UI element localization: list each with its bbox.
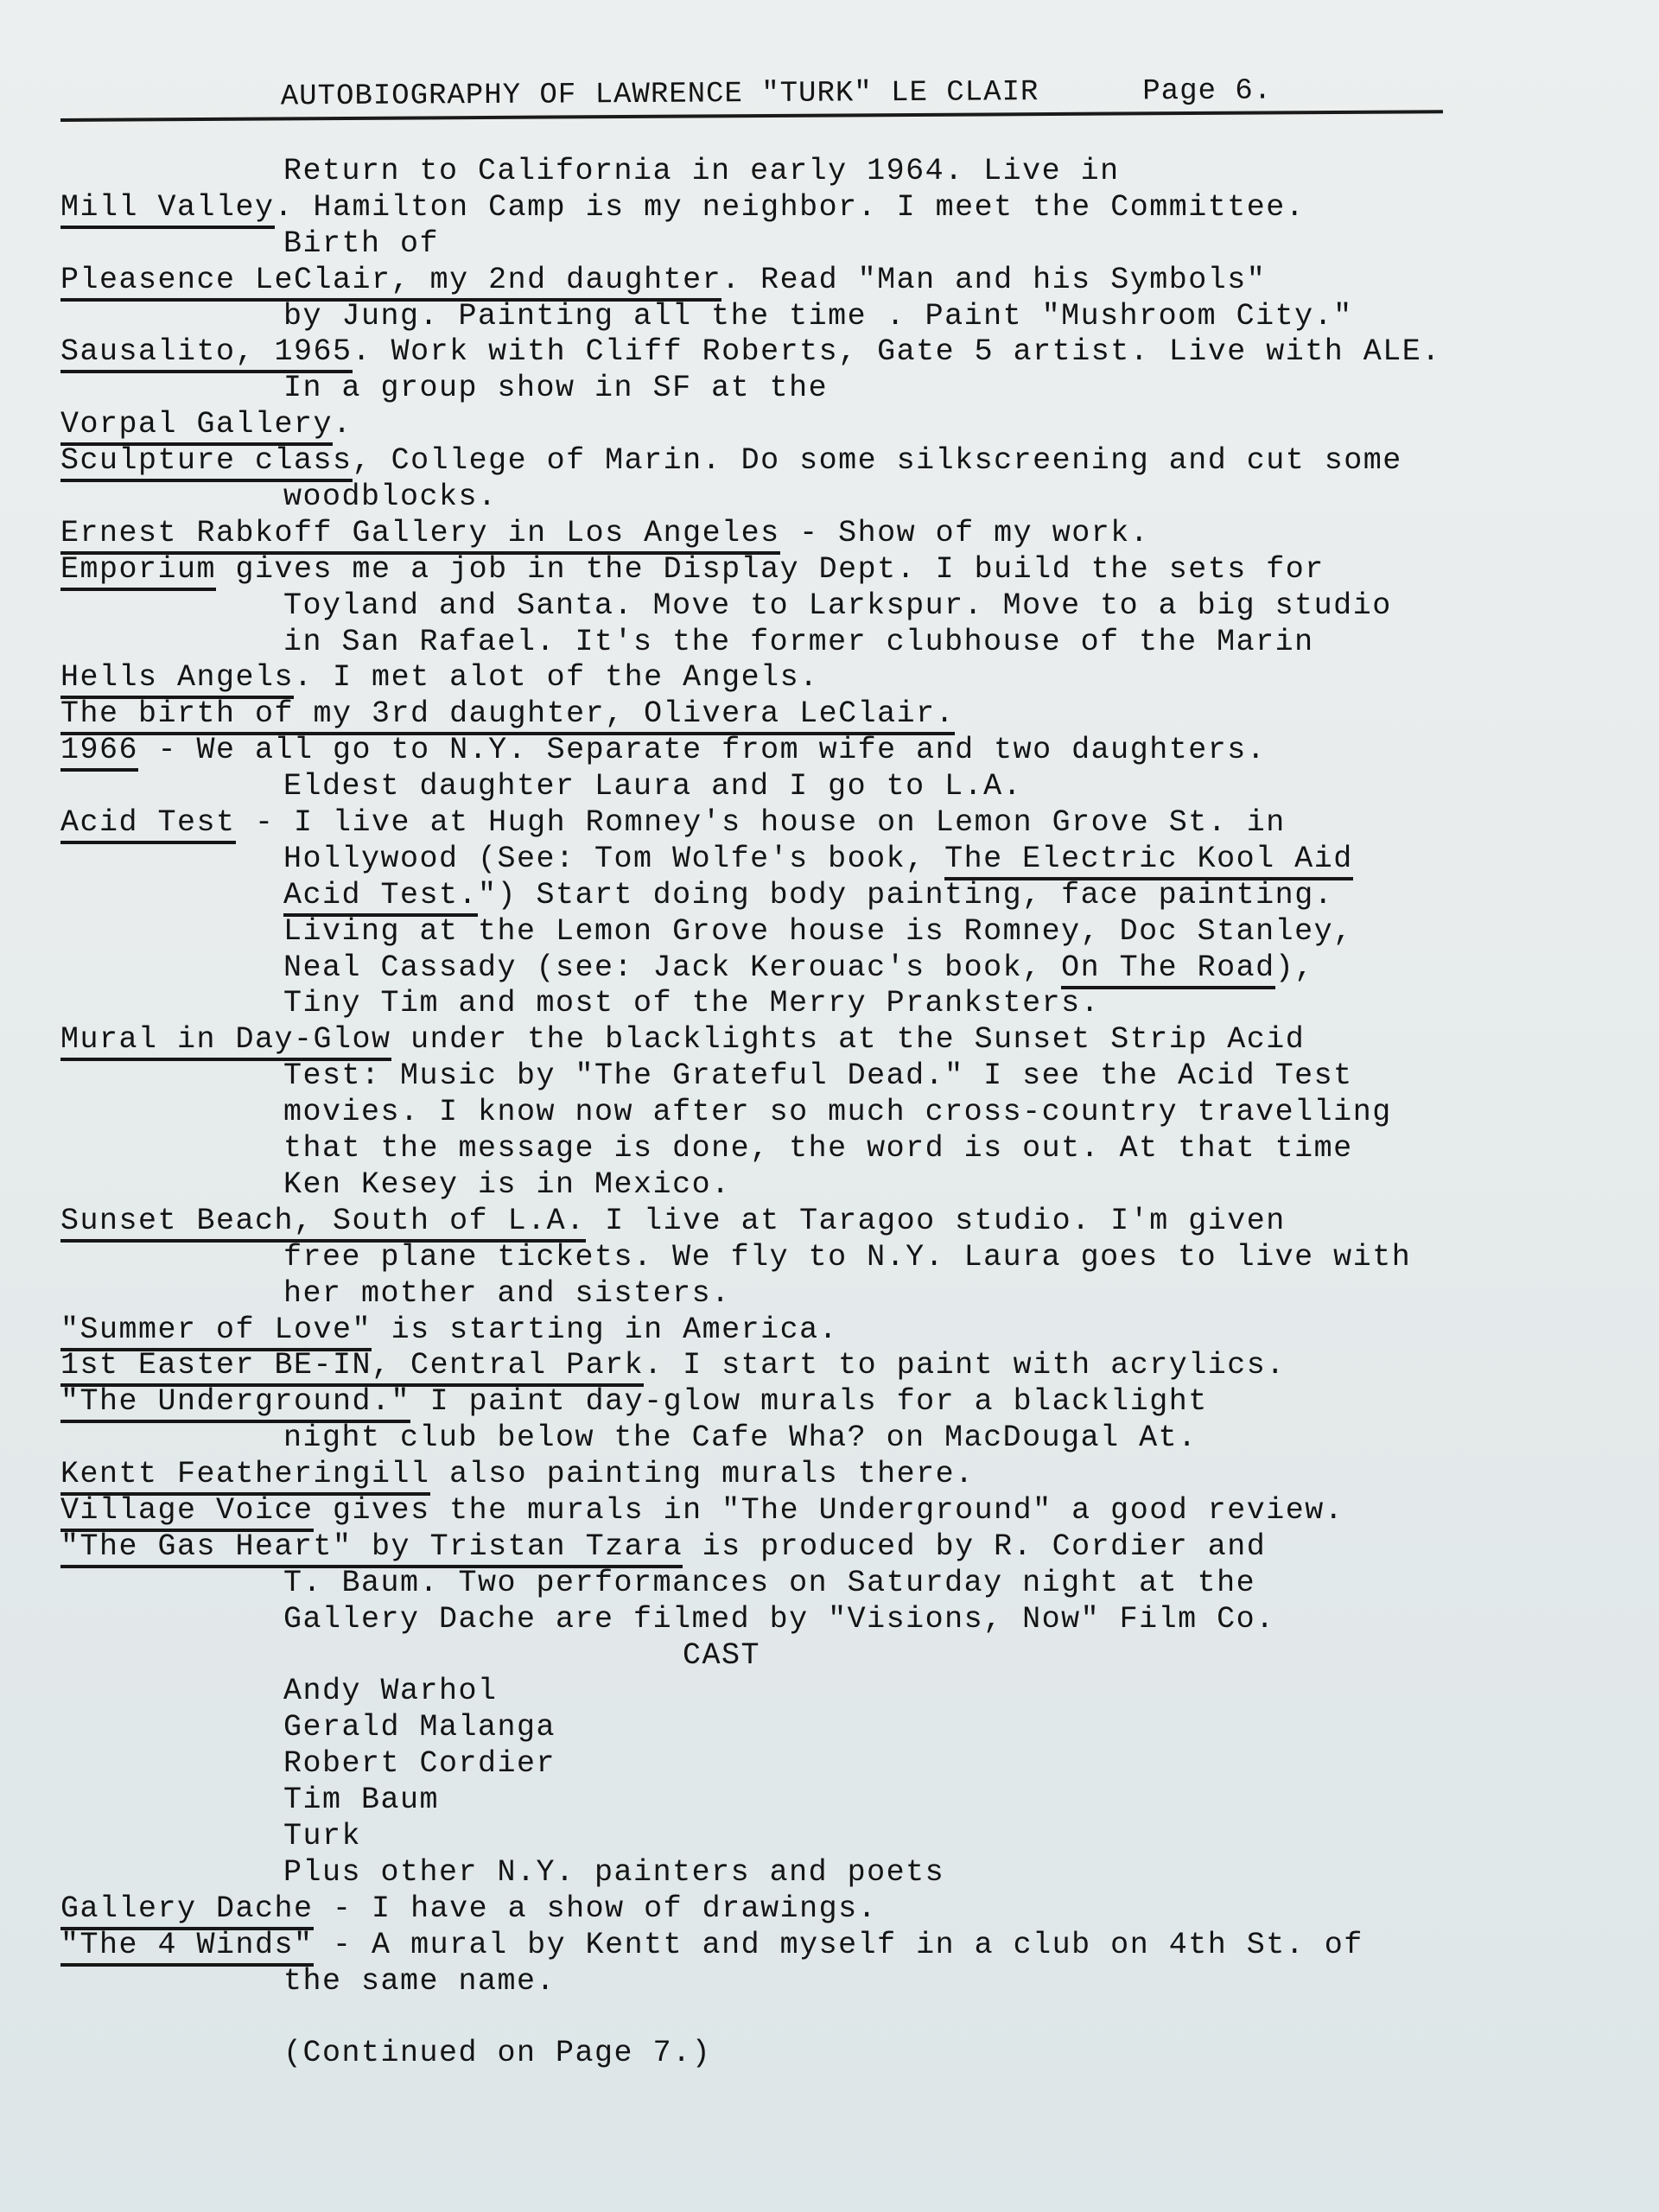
text-line: Tim Baum	[60, 1783, 1616, 1819]
line-text: Turk	[283, 1819, 361, 1853]
text-line: Robert Cordier	[60, 1746, 1616, 1783]
line-text: is produced by R. Cordier and	[683, 1529, 1266, 1564]
text-line: (Continued on Page 7.)	[60, 2036, 1616, 2072]
text-line: Living at the Lemon Grove house is Romne…	[60, 914, 1616, 950]
line-text: I live at Taragoo studio. I'm given	[586, 1204, 1286, 1238]
text-line: Neal Cassady (see: Jack Kerouac's book, …	[60, 950, 1616, 987]
line-text: . Hamilton Camp is my neighbor. I meet t…	[275, 190, 1306, 225]
text-line: Kentt Featheringill also painting murals…	[60, 1457, 1616, 1493]
page-number: Page 6.	[1142, 74, 1272, 108]
line-text: also painting murals there.	[430, 1457, 975, 1491]
line-text: Plus other N.Y. painters and poets	[283, 1855, 944, 1890]
underlined-heading: Village Voice	[60, 1493, 314, 1532]
underlined-heading: Hells Angels	[60, 660, 294, 699]
line-text: Return to California in early 1964. Live…	[283, 154, 1120, 188]
line-text: night club below the Cafe Wha? on MacDou…	[283, 1421, 1198, 1455]
text-line: Mill Valley. Hamilton Camp is my neighbo…	[60, 190, 1616, 226]
line-text: Hollywood (See: Tom Wolfe's book,	[283, 842, 944, 876]
underlined-heading: Pleasence LeClair, my 2nd daughter	[60, 263, 721, 302]
line-text: I paint day-glow murals for a blacklight	[410, 1384, 1208, 1419]
underlined-heading: Kentt Featheringill	[60, 1457, 430, 1496]
text-line: CAST	[60, 1638, 1616, 1675]
underlined-heading: The Electric Kool Aid	[944, 842, 1353, 880]
text-line: the same name.	[60, 1964, 1616, 2000]
text-line: Return to California in early 1964. Live…	[60, 154, 1616, 190]
underlined-heading: Gallery Dache	[60, 1891, 314, 1930]
line-text: Neal Cassady (see: Jack Kerouac's book,	[283, 950, 1061, 985]
text-line: Tiny Tim and most of the Merry Prankster…	[60, 986, 1616, 1022]
line-text: In a group show in SF at the	[283, 371, 828, 405]
text-line: Pleasence LeClair, my 2nd daughter. Read…	[60, 263, 1616, 299]
line-text: . I met alot of the Angels.	[294, 660, 819, 695]
document-body: Return to California in early 1964. Live…	[60, 154, 1616, 2072]
text-line: Village Voice gives the murals in "The U…	[60, 1493, 1616, 1529]
line-text: that the message is done, the word is ou…	[283, 1131, 1353, 1166]
underlined-heading: Acid Test.	[283, 878, 478, 917]
underlined-heading: "Summer of Love"	[60, 1313, 372, 1351]
line-text: Birth of	[283, 226, 439, 261]
text-line: "Summer of Love" is starting in America.	[60, 1313, 1616, 1349]
text-line: Test: Music by "The Grateful Dead." I se…	[60, 1058, 1616, 1095]
line-text: .	[333, 407, 353, 442]
page-header: AUTOBIOGRAPHY OF LAWRENCE "TURK" LE CLAI…	[60, 73, 1443, 122]
text-line: Hells Angels. I met alot of the Angels.	[60, 660, 1616, 696]
underlined-heading: Ernest Rabkoff Gallery in Los Angeles	[60, 516, 780, 555]
text-line: by Jung. Painting all the time . Paint "…	[60, 299, 1616, 335]
line-text: under the blacklights at the Sunset Stri…	[391, 1022, 1306, 1057]
document-title: AUTOBIOGRAPHY OF LAWRENCE "TURK" LE CLAI…	[281, 76, 1039, 113]
underlined-heading: Mill Valley	[60, 190, 275, 229]
underlined-heading: 1966	[60, 733, 138, 772]
line-text: - We all go to N.Y. Separate from wife a…	[138, 733, 1266, 767]
text-line: Hollywood (See: Tom Wolfe's book, The El…	[60, 842, 1616, 878]
text-line: Sculpture class, College of Marin. Do so…	[60, 443, 1616, 480]
text-line: 1st Easter BE-IN, Central Park. I start …	[60, 1348, 1616, 1384]
line-text: - I live at Hugh Romney's house on Lemon…	[236, 805, 1286, 840]
text-line: Eldest daughter Laura and I go to L.A.	[60, 769, 1616, 805]
text-line: Ernest Rabkoff Gallery in Los Angeles - …	[60, 516, 1616, 552]
text-line: Emporium gives me a job in the Display D…	[60, 552, 1616, 588]
line-text: gives me a job in the Display Dept. I bu…	[216, 552, 1325, 587]
text-line: Acid Test - I live at Hugh Romney's hous…	[60, 805, 1616, 842]
underlined-heading: The birth of my 3rd daughter, Olivera Le…	[60, 696, 955, 735]
line-text: - A mural by Kentt and myself in a club …	[314, 1928, 1363, 1962]
text-line: Turk	[60, 1819, 1616, 1855]
text-line: "The Underground." I paint day-glow mura…	[60, 1384, 1616, 1421]
text-line: Mural in Day-Glow under the blacklights …	[60, 1022, 1616, 1058]
line-text: Gerald Malanga	[283, 1710, 556, 1745]
text-line: Plus other N.Y. painters and poets	[60, 1855, 1616, 1891]
line-text: woodblocks.	[283, 480, 498, 514]
line-text: - I have a show of drawings.	[314, 1891, 878, 1926]
text-line: free plane tickets. We fly to N.Y. Laura…	[60, 1240, 1616, 1276]
line-text: - Show of my work.	[780, 516, 1150, 550]
text-line: her mother and sisters.	[60, 1276, 1616, 1313]
text-line: Sunset Beach, South of L.A. I live at Ta…	[60, 1204, 1616, 1240]
line-text: . Read "Man and his Symbols"	[721, 263, 1266, 297]
text-line: Gallery Dache - I have a show of drawing…	[60, 1891, 1616, 1928]
underlined-heading: On The Road	[1061, 950, 1275, 989]
line-text: Eldest daughter Laura and I go to L.A.	[283, 769, 1022, 804]
text-line: Acid Test.") Start doing body painting, …	[60, 878, 1616, 914]
blank-line	[60, 1999, 1616, 2036]
line-text: the same name.	[283, 1964, 556, 1999]
text-line: T. Baum. Two performances on Saturday ni…	[60, 1566, 1616, 1602]
line-text: Andy Warhol	[283, 1674, 498, 1708]
line-text: gives the murals in "The Underground" a …	[314, 1493, 1344, 1528]
text-line: The birth of my 3rd daughter, Olivera Le…	[60, 696, 1616, 733]
text-line: woodblocks.	[60, 480, 1616, 516]
text-line: Vorpal Gallery.	[60, 407, 1616, 443]
underlined-heading: Emporium	[60, 552, 216, 591]
line-text: movies. I know now after so much cross-c…	[283, 1095, 1392, 1129]
line-text: CAST	[683, 1638, 760, 1673]
underlined-heading: "The 4 Winds"	[60, 1928, 314, 1967]
text-line: Toyland and Santa. Move to Larkspur. Mov…	[60, 588, 1616, 625]
underlined-heading: 1st Easter BE-IN, Central Park	[60, 1348, 644, 1387]
line-text: Tim Baum	[283, 1783, 439, 1817]
text-line: Sausalito, 1965. Work with Cliff Roberts…	[60, 334, 1616, 371]
underlined-heading: Sculpture class	[60, 443, 353, 482]
line-text: . I start to paint with acrylics.	[644, 1348, 1286, 1382]
line-text: (Continued on Page 7.)	[283, 2036, 711, 2070]
line-text: is starting in America.	[372, 1313, 838, 1347]
text-line: "The 4 Winds" - A mural by Kentt and mys…	[60, 1928, 1616, 1964]
line-text: Living at the Lemon Grove house is Romne…	[283, 914, 1353, 949]
line-text: Robert Cordier	[283, 1746, 556, 1781]
line-text: , College of Marin. Do some silkscreenin…	[353, 443, 1402, 478]
line-text: Tiny Tim and most of the Merry Prankster…	[283, 986, 1100, 1020]
text-line: Gallery Dache are filmed by "Visions, No…	[60, 1602, 1616, 1638]
line-text: Ken Kesey is in Mexico.	[283, 1167, 731, 1202]
text-line: Birth of	[60, 226, 1616, 263]
text-line: Gerald Malanga	[60, 1710, 1616, 1746]
line-text: Test: Music by "The Grateful Dead." I se…	[283, 1058, 1353, 1093]
underlined-heading: "The Gas Heart" by Tristan Tzara	[60, 1529, 683, 1568]
line-text: by Jung. Painting all the time . Paint "…	[283, 299, 1353, 334]
line-text: . Work with Cliff Roberts, Gate 5 artist…	[353, 334, 1441, 369]
underlined-heading: Acid Test	[60, 805, 236, 844]
text-line: Ken Kesey is in Mexico.	[60, 1167, 1616, 1204]
document-page: AUTOBIOGRAPHY OF LAWRENCE "TURK" LE CLAI…	[0, 0, 1659, 2212]
text-line: In a group show in SF at the	[60, 371, 1616, 407]
text-line: night club below the Cafe Wha? on MacDou…	[60, 1421, 1616, 1457]
line-text: Gallery Dache are filmed by "Visions, No…	[283, 1602, 1275, 1637]
text-line: Andy Warhol	[60, 1674, 1616, 1710]
text-line: "The Gas Heart" by Tristan Tzara is prod…	[60, 1529, 1616, 1566]
underlined-heading: "The Underground."	[60, 1384, 410, 1423]
line-text: T. Baum. Two performances on Saturday ni…	[283, 1566, 1255, 1600]
line-text: ),	[1275, 950, 1314, 985]
underlined-heading: Mural in Day-Glow	[60, 1022, 391, 1061]
line-text: in San Rafael. It's the former clubhouse…	[283, 625, 1314, 659]
underlined-heading: Sunset Beach, South of L.A.	[60, 1204, 586, 1243]
text-line: in San Rafael. It's the former clubhouse…	[60, 625, 1616, 661]
line-text: ") Start doing body painting, face paint…	[478, 878, 1333, 912]
line-text: free plane tickets. We fly to N.Y. Laura…	[283, 1240, 1411, 1274]
text-line: that the message is done, the word is ou…	[60, 1131, 1616, 1167]
line-text: her mother and sisters.	[283, 1276, 731, 1311]
underlined-heading: Vorpal Gallery	[60, 407, 333, 446]
underlined-heading: Sausalito, 1965	[60, 334, 353, 373]
text-line: movies. I know now after so much cross-c…	[60, 1095, 1616, 1131]
text-line: 1966 - We all go to N.Y. Separate from w…	[60, 733, 1616, 769]
line-text: Toyland and Santa. Move to Larkspur. Mov…	[283, 588, 1392, 623]
